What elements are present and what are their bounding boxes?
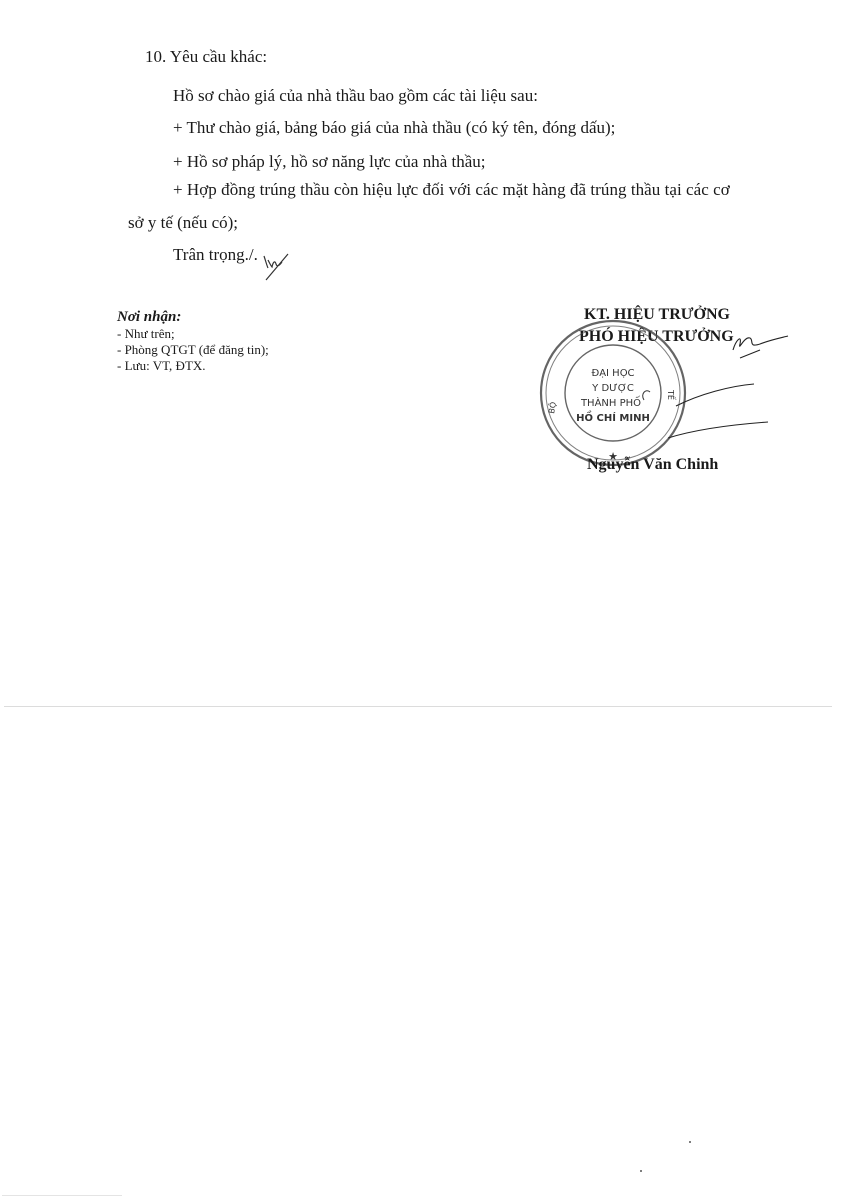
recipient-item: - Lưu: VT, ĐTX.: [117, 358, 269, 374]
recipient-item: - Như trên;: [117, 326, 269, 342]
recipient-item: - Phòng QTGT (để đăng tin);: [117, 342, 269, 358]
closing-text: Trân trọng./.: [173, 245, 258, 265]
requirement-item: + Thư chào giá, bảng báo giá của nhà thầ…: [173, 118, 615, 138]
scan-speck: [689, 1141, 691, 1143]
requirement-item-continuation: sở y tế (nếu có);: [128, 213, 238, 233]
stamp-text-line: HỒ CHÍ MINH: [576, 409, 650, 424]
signer-name: Nguyễn Văn Chinh: [587, 456, 718, 474]
stamp-text-line: Y DƯỢC: [591, 383, 634, 394]
section-heading: 10. Yêu cầu khác:: [145, 47, 267, 67]
stamp-text-line: THÀNH PHỐ: [580, 395, 641, 409]
recipients-block: Nơi nhận: - Như trên; - Phòng QTGT (để đ…: [117, 309, 269, 374]
recipients-title: Nơi nhận:: [117, 309, 269, 326]
requirement-item: + Hồ sơ pháp lý, hồ sơ năng lực của nhà …: [173, 152, 486, 172]
page-separator: [4, 706, 832, 707]
intro-paragraph: Hồ sơ chào giá của nhà thầu bao gồm các …: [173, 86, 538, 106]
signature-icon: [640, 322, 810, 442]
initial-mark-icon: [258, 248, 298, 284]
stamp-text-line: ĐẠI HỌC: [591, 368, 634, 379]
requirement-item: + Hợp đồng trúng thầu còn hiệu lực đối v…: [173, 180, 730, 200]
scan-speck: [640, 1170, 642, 1172]
scan-edge-line: [2, 1195, 122, 1196]
